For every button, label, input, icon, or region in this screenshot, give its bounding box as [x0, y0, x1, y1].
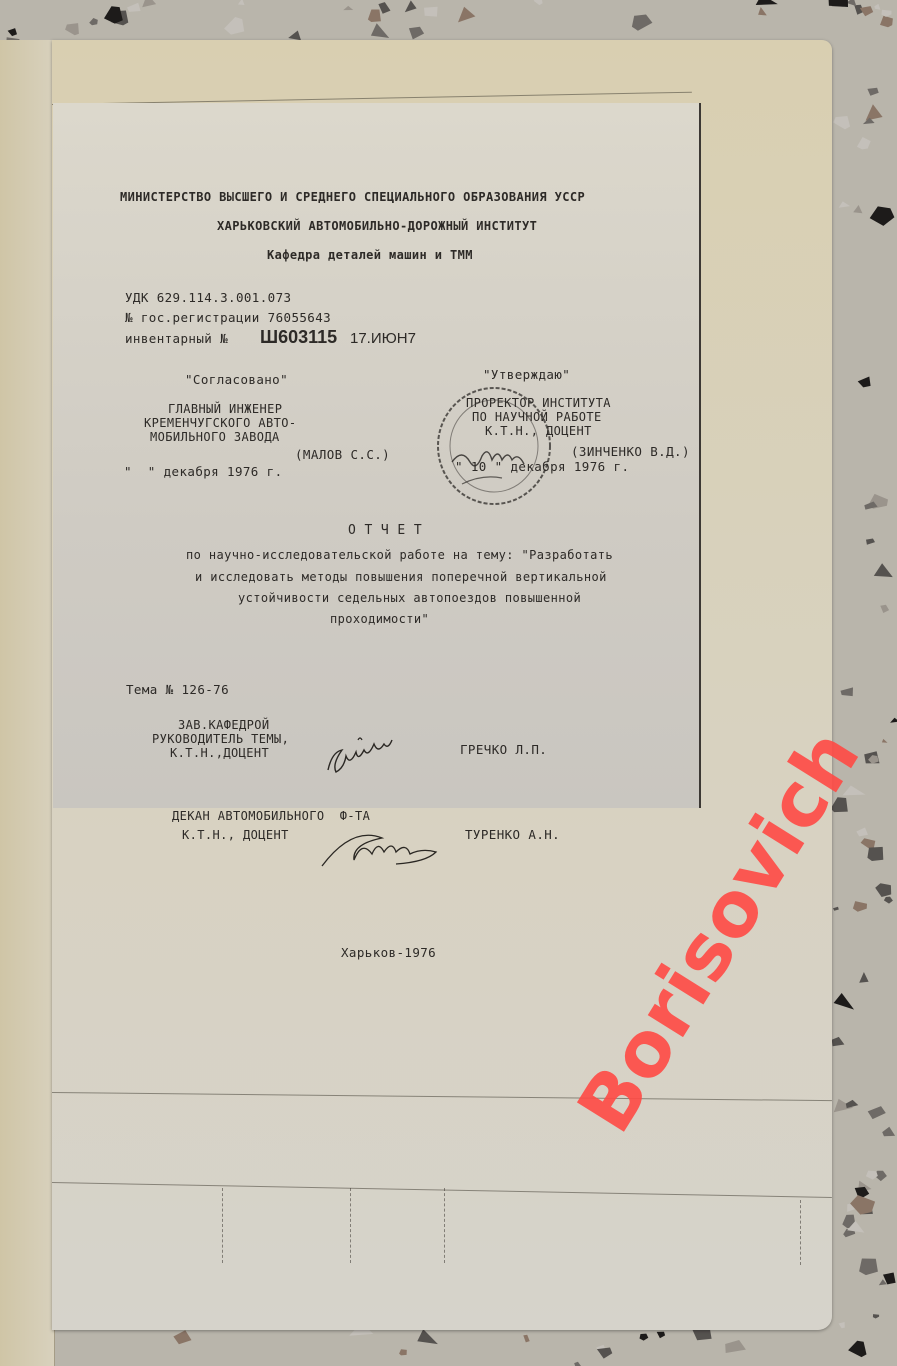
signatory-position-line: ЗАВ.КАФЕДРОЙ [178, 719, 270, 731]
place-and-year: Харьков-1976 [341, 947, 436, 960]
tick-line [350, 1188, 351, 1263]
report-topic-line: проходимости" [330, 613, 429, 625]
inventory-number: Ш603115 [260, 328, 337, 346]
agreed-name: (МАЛОВ С.С.) [295, 449, 390, 462]
signatory-position-line: ДЕКАН АВТОМОБИЛЬНОГО Ф-ТА [172, 810, 370, 822]
approved-title: "Утверждаю" [483, 369, 570, 382]
agreed-position-line: ГЛАВНЫЙ ИНЖЕНЕР [168, 403, 282, 415]
agreed-position-line: МОБИЛЬНОГО ЗАВОДА [150, 431, 280, 443]
department-heading: Кафедра деталей машин и ТММ [267, 249, 473, 261]
approved-position-line: ПО НАУЧНОЙ РАБОТЕ [472, 411, 602, 423]
approved-position-line: ПРОРЕКТОР ИНСТИТУТА [466, 397, 611, 409]
state-registration: № гос.регистрации 76055643 [125, 312, 331, 325]
signatory-position-line: К.Т.Н.,ДОЦЕНТ [170, 747, 269, 759]
topic-number: Тема № 126-76 [126, 684, 229, 697]
report-title: О Т Ч Е Т [348, 524, 422, 537]
report-topic-line: и исследовать методы повышения поперечно… [195, 571, 607, 583]
signatory-name: ГРЕЧКО Л.П. [460, 744, 547, 757]
agreed-position-line: КРЕМЕНЧУГСКОГО АВТО- [144, 417, 297, 429]
report-topic-line: по научно-исследовательской работе на те… [186, 549, 613, 561]
signature-turenko [318, 826, 488, 876]
agreed-date: " " декабря 1976 г. [124, 466, 283, 479]
tick-line [444, 1188, 445, 1263]
approved-position-line: К.Т.Н., ДОЦЕНТ [485, 425, 592, 437]
agreed-title: "Согласовано" [185, 374, 288, 387]
signatory-position-line: РУКОВОДИТЕЛЬ ТЕМЫ, [152, 733, 289, 745]
approved-name: (ЗИНЧЕНКО В.Д.) [571, 446, 690, 459]
report-topic-line: устойчивости седельных автопоездов повыш… [238, 592, 581, 604]
folder-left-page [0, 40, 55, 1366]
approved-date: " 10 " декабря 1976 г. [455, 461, 629, 474]
signature-grechko [318, 730, 408, 790]
institute-heading: ХАРЬКОВСКИЙ АВТОМОБИЛЬНО-ДОРОЖНЫЙ ИНСТИТ… [217, 220, 537, 232]
inventory-label: инвентарный № [125, 333, 228, 346]
signatory-name: ТУРЕНКО А.Н. [465, 829, 560, 842]
ministry-heading: МИНИСТЕРСТВО ВЫСШЕГО И СРЕДНЕГО СПЕЦИАЛЬ… [120, 191, 585, 203]
udk-code: УДК 629.114.3.001.073 [125, 292, 291, 305]
inventory-date-stamp: 17.ИЮН7 [350, 331, 416, 346]
tick-line [222, 1188, 223, 1263]
signatory-position-line: К.Т.Н., ДОЦЕНТ [182, 829, 289, 841]
tick-line [800, 1200, 801, 1265]
